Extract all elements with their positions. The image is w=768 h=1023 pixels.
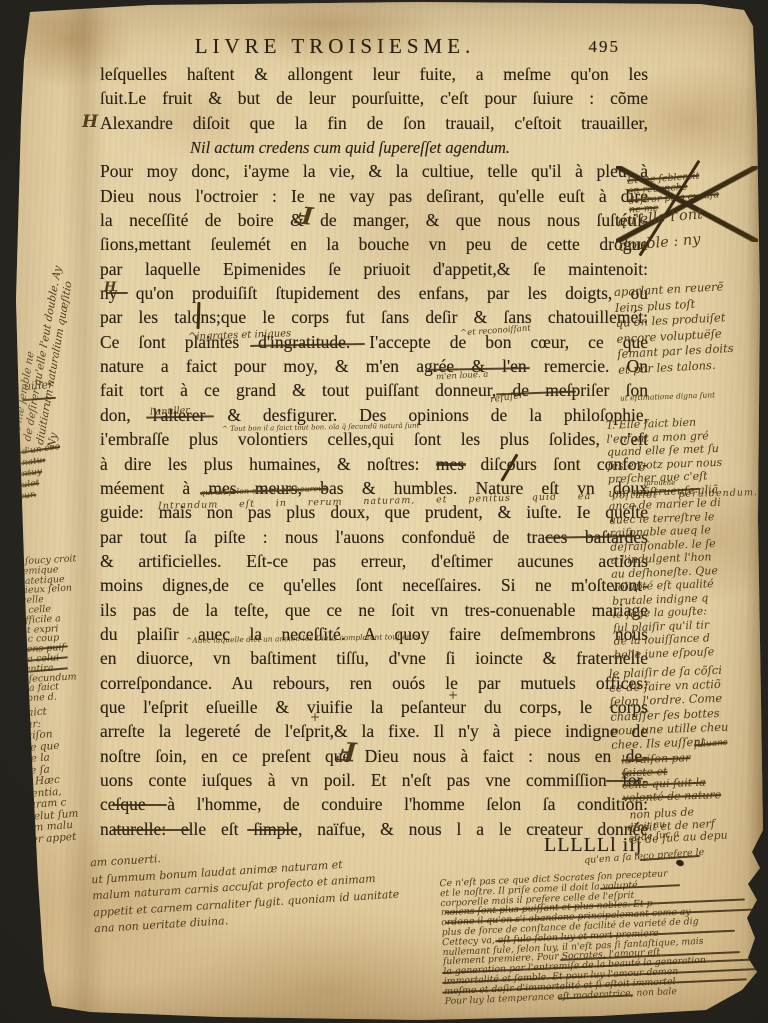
printed-line: Alexandre diſoit que la fin de ſon traua… xyxy=(100,111,648,135)
printed-line: à dire les plus humaines, & noſtres: mes… xyxy=(100,452,648,476)
page-header: LIVRE TROISIESME. 495 xyxy=(100,34,648,59)
strike-mark xyxy=(6,667,68,674)
marginalia-left-block1: hors d'un ceo rum natu: et emtuy poſtule… xyxy=(0,442,67,505)
printed-line: ſuit.Le fruit & but de leur pourſuitte, … xyxy=(100,86,648,110)
printed-line: ceſque à l'homme, de conduire l'homme ſe… xyxy=(100,792,648,816)
strike-mark xyxy=(6,656,68,663)
printed-line: & artificielles. Eſt-ce pas erreur, d'eſ… xyxy=(100,549,648,573)
printed-line: la neceſſité de boire & de manger, & que… xyxy=(100,208,648,232)
marginalia-right-8: non plus de droit et de nerf et de ſuc a… xyxy=(629,802,768,847)
strike-for xyxy=(606,780,640,782)
printed-line: uons conte iuſques à vn poil. Et n'eſt p… xyxy=(100,768,648,792)
marginalia-left-catchword: uiller xyxy=(24,379,54,394)
strike-cesque xyxy=(112,804,167,806)
strike-ny xyxy=(106,292,128,294)
strike-simple xyxy=(247,829,297,831)
printed-line: leſquelles haſtent & allongent leur fuit… xyxy=(100,62,648,86)
ink-blot xyxy=(675,859,685,867)
printed-line: Pour moy donc, i'ayme la vie, & la culti… xyxy=(100,159,648,183)
marginalia-left-block2: et ce ſoucy croit Academique peripatetiq… xyxy=(0,554,92,705)
printed-text-top: leſquelles haſtent & allongent leur fuit… xyxy=(100,62,648,135)
printed-line: moins dignes,de ce qu'elles ſont neceſſa… xyxy=(100,573,648,597)
bottom-left-latin-note: am conuerti. ut ſummum bonum laudat anim… xyxy=(90,833,466,938)
strike-naturelle xyxy=(112,829,190,831)
printed-line: correſpondance. Au rebours, ren ouós le … xyxy=(100,671,648,695)
printed-line: Dieu nous l'octroier : Ie ne vay pas deſ… xyxy=(100,184,648,208)
printed-line: i'embraſſe plus volontiers celles,qui ſo… xyxy=(100,427,648,451)
printed-line: que l'eſprit eſueille & viuifie la peſan… xyxy=(100,695,648,719)
printed-line: guide: mais non pas plus doux, que prude… xyxy=(100,500,648,524)
strike-mark xyxy=(640,855,700,861)
underline-mark xyxy=(22,397,56,401)
page-right-edge xyxy=(746,0,768,1023)
strike-mark xyxy=(6,645,68,652)
printed-line: ny qu'on produiſiſt ſtupidement des enfa… xyxy=(100,281,648,305)
printed-line: par laquelle Epimenides ſe priuoit d'app… xyxy=(100,257,648,281)
torn-left-edge xyxy=(0,0,46,1023)
printed-line: du plaiſir auec la neceſſité. A quoy fai… xyxy=(100,622,648,646)
printed-line: noſtre ſoin, en ce preſent que Dieu nous… xyxy=(100,744,648,768)
latin-verse: Nil actum credens cum quid ſupereſſet ag… xyxy=(120,138,580,158)
book-page: LIVRE TROISIESME. 495 leſquelles haſtent… xyxy=(0,0,768,1023)
photo-background: LIVRE TROISIESME. 495 leſquelles haſtent… xyxy=(0,0,768,1023)
printed-line: Ce ſont plaintes d'ingratitude. I'accept… xyxy=(100,330,648,354)
marginalia-left-block3: eſt faict la par: te raiſon autre que ui… xyxy=(5,703,106,847)
printed-line: nature a faict pour moy, & m'en agrée & … xyxy=(100,354,648,378)
running-title: LIVRE TROISIESME. xyxy=(100,34,570,59)
printed-line: arreſte la legereté de l'eſprit,& la fix… xyxy=(100,719,648,743)
printed-line: méement à mes meurs, bas & humbles. Natu… xyxy=(100,476,648,500)
strike-mark xyxy=(600,884,680,889)
printed-text-main: Pour moy donc, i'ayme la vie, & la culti… xyxy=(100,159,648,841)
printed-line: par les talons;que le corps fut ſans deſ… xyxy=(100,305,648,329)
marginalia-farouche: farouche xyxy=(644,479,675,487)
printed-line: en diuorce, vn baſtiment tiſſu, d'vne ſi… xyxy=(100,646,648,670)
printed-line: ſions,mettant ſeulemét en la bouche vn p… xyxy=(100,232,648,256)
paragraph-hand-mark: H xyxy=(82,112,98,132)
strike-mark xyxy=(495,930,735,942)
page-top-edge xyxy=(0,0,768,22)
signature-mark: LLLLLl iij xyxy=(544,834,642,857)
page-number: 495 xyxy=(589,37,621,57)
strike-mark xyxy=(558,994,633,999)
strike-mes xyxy=(436,463,466,466)
marginalia-suivans-struck: ſuiuans xyxy=(694,738,728,751)
printed-line: ils pas de la teſte, que ce ne ſoit vn t… xyxy=(100,598,648,622)
